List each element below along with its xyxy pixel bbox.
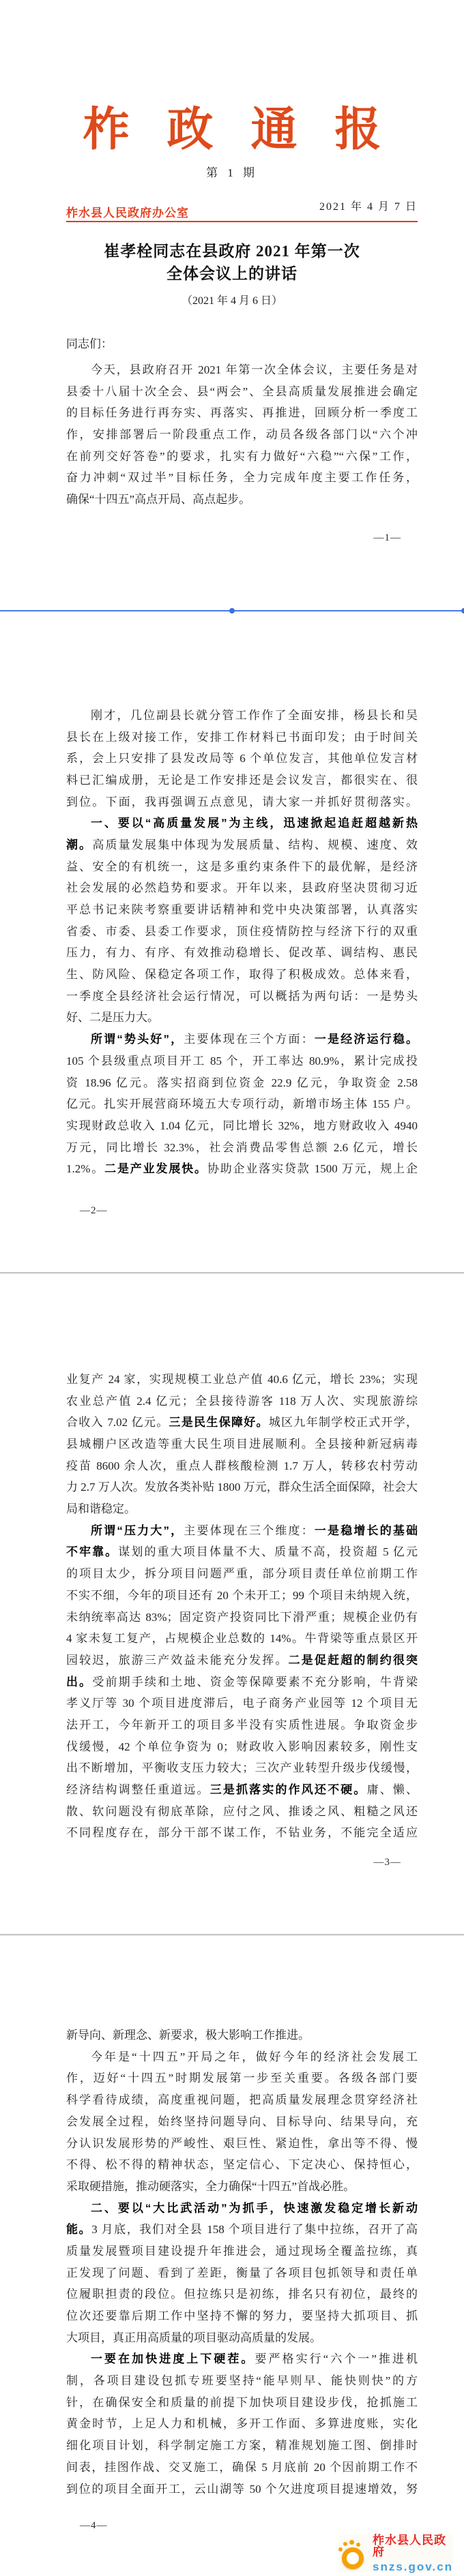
body-text: 今天，县政府召开 2021 年第一次全体会议，主要任务是对 xyxy=(91,363,418,376)
text-line: 今天，县政府召开 2021 年第一次全体会议，主要任务是对 xyxy=(66,359,418,381)
text-line: 潮。高质量发展集中体现为发展质量、结构、规模、速度、效 xyxy=(66,834,418,856)
text-line: 县城棚户区改造等重大民生项目进展顺利。全县接种新冠病毒 xyxy=(66,1434,418,1455)
text-line: 105 个县级重点项目开工 85 个，开工率达 80.9%，累计完成投 xyxy=(66,1050,418,1072)
page-1-body: 今天，县政府召开 2021 年第一次全体会议，主要任务是对县委十八届十次全会、县… xyxy=(66,359,418,511)
body-text: 出不断增加，平衡收支压力较大；三次产业转型升级步伐缓慢， xyxy=(66,1761,418,1774)
text-line: 散、软问题没有彻底革除，应付之风、推诿之风、粗糙之风还 xyxy=(66,1801,418,1823)
text-line: 奋力冲刺“双过半”目标任务，全力完成年度主要工作任务， xyxy=(66,467,418,489)
text-line: 所谓“压力大”，主要体现在三个维度：一是稳增长的基础 xyxy=(66,1520,418,1542)
emphasis-text: 一、要以“高质量发展”为主线，迅速掀起追赶超越新热 xyxy=(91,817,418,830)
text-line: 二、要以“大比武活动”为抓手，快速激发稳定增长新动 xyxy=(66,2198,418,2219)
text-line: 位次还要靠后期工作中坚持不懈的努力，要坚持大抓项目、抓 xyxy=(66,2305,418,2327)
body-text: 黄金时节，上足人力和机械，多开工作面、多算进度账，实化 xyxy=(66,2417,418,2430)
text-line: 到位的项目全面开工，云山湖等 50 个欠进度项目提速增效，努 xyxy=(66,2479,418,2500)
text-line: 省委、市委、县委工作要求，顶住疫情防控与经济下行的双重 xyxy=(66,921,418,943)
emphasis-text: 能。 xyxy=(66,2223,91,2236)
emphasis-text: 一要在加快进度上下硬茬。 xyxy=(91,2352,255,2365)
drag-handle-icon[interactable] xyxy=(229,608,235,613)
text-line: 一要在加快进度上下硬茬。要严格实行“六个一”推进机 xyxy=(66,2348,418,2370)
body-text: 不同程度存在，部分干部不谋工作，不钻业务，不能完全适应 xyxy=(66,1826,418,1839)
text-line: 4 家未复工复产，占规模企业总数的 14%。牛背梁等重点景区开 xyxy=(66,1628,418,1650)
body-text: 实现财政总收入 1.04 亿元，同比增长 32%，地方财政收入 4940 xyxy=(66,1119,418,1132)
text-line: 确保“十四五”高点开局、高点起步。 xyxy=(66,489,418,511)
emphasis-text: 二、要以“大比武活动”为抓手，快速激发稳定增长新动 xyxy=(91,2202,418,2215)
text-line: 疫苗 8600 余人次，重点人群核酸检测 1.7 万人，转移农村劳动 xyxy=(66,1455,418,1477)
text-line: 社会发展的必然趋势和要求。开年以来，县政府坚决贯彻习近 xyxy=(66,877,418,899)
body-text: 的项目太少，拆分项目问题严重，部分项目责任单位前期工作 xyxy=(66,1567,418,1580)
emphasis-text: 所谓“势头好”， xyxy=(91,1033,184,1046)
body-text: 社会发展的必然趋势和要求。开年以来，县政府坚决贯彻习近 xyxy=(66,881,418,894)
body-text: 园较迟，旅游三产效益未能充分发挥。 xyxy=(66,1654,289,1667)
text-line: 伐缓慢，42 个单位争资为 0；财政收入影响因素较多，刚性支 xyxy=(66,1736,418,1758)
text-line: 生、防风险、保稳定各项工作，取得了积极成效。总体来看， xyxy=(66,964,418,986)
body-text: 1.2%。 xyxy=(66,1162,104,1175)
body-text: 刚才，几位副县长就分管工作作了全面安排，杨县长和吴 xyxy=(91,709,418,722)
page-boundary-line xyxy=(0,1272,464,1273)
text-line: 不牢靠。谋划的重大项目体量不大、质量不高，投资超 5 亿元 xyxy=(66,1541,418,1563)
text-line: 合收入 7.02 亿元。三是民生保障好。城区九年制学校正式开学， xyxy=(66,1412,418,1434)
body-text: 系，会上只安排了县发改局等 6 个单位发言，其他单位发言材 xyxy=(66,752,418,765)
text-line: 能。3 月底，我们对全县 158 个项目进行了集中拉练，召开了高 xyxy=(66,2219,418,2241)
body-text: 庸、懒、 xyxy=(367,1783,418,1796)
body-text: 未纳统率高达 83%；固定资产投资同比下滑严重；规模企业仍有 xyxy=(66,1611,418,1624)
body-text: 4 家未复工复产，占规模企业总数的 14%。牛背梁等重点景区开 xyxy=(66,1632,418,1645)
text-line: 益、安全的有机统一，这是多重约束条件下的最优解，是经济 xyxy=(66,856,418,878)
text-line: 实现财政总收入 1.04 亿元，同比增长 32%，地方财政收入 4940 xyxy=(66,1115,418,1137)
body-text: 今年是“十四五”开局之年，做好今年的经济社会发展工 xyxy=(91,2050,418,2063)
emphasis-text: 二是产业发展快。 xyxy=(104,1162,207,1175)
text-line: 园较迟，旅游三产效益未能充分发挥。二是促赶超的制约很突 xyxy=(66,1650,418,1671)
body-text: 法开工，今年新开工的项目多半没有实质性进展。争取资金步 xyxy=(66,1718,418,1731)
body-text: 经济结构调整任重道远。 xyxy=(66,1783,210,1796)
logo-org-name: 柞水县人民政府 xyxy=(373,2534,453,2558)
body-text: 确保“十四五”高点开局、高点起步。 xyxy=(66,493,250,506)
body-text: 科学看待成绩，高度重视问题，把高质量发展理念贯穿经济社 xyxy=(66,2093,418,2106)
text-line: 县委十八届十次全会、县“两会”、全县高质量发展推进会确定 xyxy=(66,381,418,403)
text-line: 出。受前期手续和土地、资金等保障要素不充分影响，牛背梁 xyxy=(66,1671,418,1693)
body-text: 制，各项目建设包抓专班要坚持“能早则早、能快则快”的方 xyxy=(66,2374,418,2387)
text-line: 制，各项目建设包抓专班要坚持“能早则早、能快则快”的方 xyxy=(66,2370,418,2392)
emphasis-text: 三是民生保障好。 xyxy=(169,1416,269,1429)
body-text: 大项目，真正用高质量的项目驱动高质量的发展。 xyxy=(66,2331,321,2344)
body-text: 针，在确保安全和质量的前提下加快项目建设步伐，抢抓施工 xyxy=(66,2396,418,2409)
paw-icon xyxy=(340,2539,367,2569)
text-line: 作，安排部署后一阶段重点工作，动员各级各部门以“六个冲 xyxy=(66,424,418,446)
issue-date: 2021 年 4 月 7 日 xyxy=(319,198,418,213)
body-text: 105 个县级重点项目开工 85 个，开工率达 80.9%，累计完成投 xyxy=(66,1055,418,1067)
issuing-office: 柞水县人民政府办公室 xyxy=(66,203,189,220)
text-line: 一季度全县经济社会运行情况，可以概括为两句话：一是势头 xyxy=(66,986,418,1007)
body-text: 采取硬措施，推动硬落实，全力确保“十四五”首战必胜。 xyxy=(66,2180,355,2193)
page-3-body: 业复产 24 家，实现规模工业总产值 40.6 亿元，增长 23%；实现农业总产… xyxy=(66,1369,418,1844)
page-number-1: —1— xyxy=(66,530,418,546)
text-line: 的项目太少，拆分项目问题严重，部分项目责任单位前期工作 xyxy=(66,1563,418,1585)
body-text: 作，迈好“十四五”时期发展第一步至关重要。各级各部门要 xyxy=(66,2072,418,2085)
body-text: 力 2.7 万人次。发放各类补贴 1800 万元，群众生活全面保障，社会大 xyxy=(66,1481,418,1494)
scanned-bulletin-page: { "masthead": { "title": "柞政通报", "title_… xyxy=(0,0,464,2576)
text-line: 资 18.96 亿元。落实招商到位资金 22.9 亿元，争取资金 2.58 xyxy=(66,1072,418,1094)
text-line: 刚才，几位副县长就分管工作作了全面安排，杨县长和吴 xyxy=(66,705,418,727)
text-line: 出不断增加，平衡收支压力较大；三次产业转型升级步伐缓慢， xyxy=(66,1757,418,1779)
speech-date: （2021 年 4 月 6 日） xyxy=(0,293,464,309)
body-text: 到位。下面，我再强调五点意见，请大家一并抓好贯彻落实。 xyxy=(66,795,418,808)
bulletin-masthead: 柞政通报 xyxy=(0,0,464,158)
text-line: 局和谐稳定。 xyxy=(66,1498,418,1520)
page-number-2: —2— xyxy=(66,1202,418,1219)
page-2-body: 刚才，几位副县长就分管工作作了全面安排，杨县长和吴县长在上级对接工作，安排工作材… xyxy=(66,705,418,1180)
emphasis-text: 一是经济运行稳。 xyxy=(315,1033,418,1046)
body-text: 新导向、新理念、新要求，极大影响工作推进。 xyxy=(66,2029,310,2042)
body-text: 会发展全过程，始终坚持问题导向、目标导向、结果导向，充 xyxy=(66,2115,418,2128)
article-title: 崔孝栓同志在县政府 2021 年第一次 全体会议上的讲话 xyxy=(0,240,464,285)
text-line: 位履职担责的段位。但拉练只是初练，排名只有初位，最终的 xyxy=(66,2284,418,2305)
body-text: 不得、松不得的精神状态，坚定信心、下定决心、保持恒心， xyxy=(66,2158,418,2171)
text-line: 所谓“势头好”，主要体现在三个方面：一是经济运行稳。 xyxy=(66,1029,418,1050)
text-line: 亿元。扎实开展营商环境五大专项行动，新增市场主体 155 户。 xyxy=(66,1093,418,1115)
emphasis-text: 不牢靠。 xyxy=(66,1545,118,1558)
body-text: 细化项目计划，科学制定施工方案，精准规划施工图、倒排时 xyxy=(66,2439,418,2452)
text-line: 质量发展暨项目建设提升年推进会，通过现场全覆盖拉练，真 xyxy=(66,2241,418,2262)
text-line: 黄金时节，上足人力和机械，多开工作面、多算进度账，实化 xyxy=(66,2413,418,2435)
body-text: 料已汇编成册，无论是工作安排还是会议发言，都很实在、很 xyxy=(66,774,418,787)
page-4-body: 新导向、新理念、新要求，极大影响工作推进。今年是“十四五”开局之年，做好今年的经… xyxy=(66,2025,418,2500)
body-text: 奋力冲刺“双过半”目标任务，全力完成年度主要工作任务， xyxy=(66,471,418,484)
text-line: 好、二是压力大。 xyxy=(66,1007,418,1029)
text-line: 不同程度存在，部分干部不谋工作，不钻业务，不能完全适应 xyxy=(66,1822,418,1844)
body-text: 位履职担责的段位。但拉练只是初练，排名只有初位，最终的 xyxy=(66,2288,418,2301)
text-line: 作，迈好“十四五”时期发展第一步至关重要。各级各部门要 xyxy=(66,2067,418,2089)
body-text: 到位的项目全面开工，云山湖等 50 个欠进度项目提速增效，努 xyxy=(66,2483,418,2496)
text-line: 细化项目计划，科学制定施工方案，精准规划施工图、倒排时 xyxy=(66,2435,418,2457)
body-text: 在前列交好答卷”的要求，扎实有力做好“六稳”“六保”工作， xyxy=(66,450,418,463)
text-line: 力 2.7 万人次。发放各类补贴 1800 万元，群众生活全面保障，社会大 xyxy=(66,1476,418,1498)
text-line: 一、要以“高质量发展”为主线，迅速掀起追赶超越新热 xyxy=(66,813,418,834)
article-title-line2: 全体会议上的讲话 xyxy=(0,262,464,285)
emphasis-text: 潮。 xyxy=(66,838,92,851)
body-text: 县委十八届十次全会、县“两会”、全县高质量发展推进会确定 xyxy=(66,385,418,398)
body-text: 平总书记来陕考察重要讲话精神和党中央决策部署，认真落实 xyxy=(66,903,418,916)
text-line: 平总书记来陕考察重要讲话精神和党中央决策部署，认真落实 xyxy=(66,899,418,921)
text-line: 压力，有力、有序、有效推动稳增长、促改革、调结构、惠民 xyxy=(66,942,418,964)
text-line: 采取硬措施，推动硬落实，全力确保“十四五”首战必胜。 xyxy=(66,2176,418,2198)
text-line: 料已汇编成册，无论是工作安排还是会议发言，都很实在、很 xyxy=(66,770,418,791)
text-line: 科学看待成绩，高度重视问题，把高质量发展理念贯穿经济社 xyxy=(66,2089,418,2111)
body-text: 伐缓慢，42 个单位争资为 0；财政收入影响因素较多，刚性支 xyxy=(66,1740,418,1753)
text-line: 不实不细，今年的项目还有 20 个未开工；99 个项目未纳规入统， xyxy=(66,1585,418,1607)
logo-text: 柞水县人民政府 snzs.gov.cn xyxy=(373,2534,453,2573)
text-line: 的目标任务进行再夯实、再落实、再推进，回顾分析一季度工 xyxy=(66,402,418,424)
body-text: 疫苗 8600 余人次，重点人群核酸检测 1.7 万人，转移农村劳动 xyxy=(66,1459,418,1472)
body-text: 万元，同比增长 32.3%，社会消费品零售总额 2.6 亿元，增长 xyxy=(66,1141,418,1154)
text-line: 今年是“十四五”开局之年，做好今年的经济社会发展工 xyxy=(66,2046,418,2068)
salutation: 同志们： xyxy=(66,334,464,354)
text-line: 针，在确保安全和质量的前提下加快项目建设步伐，抢抓施工 xyxy=(66,2392,418,2414)
body-text: 亿元。扎实开展营商环境五大专项行动，新增市场主体 155 户。 xyxy=(66,1097,418,1110)
body-text: 受前期手续和土地、资金等保障要素不充分影响，牛背梁 xyxy=(92,1676,418,1688)
body-text: 高质量发展集中体现为发展质量、结构、规模、速度、效 xyxy=(92,838,418,851)
text-line: 系，会上只安排了县发改局等 6 个单位发言，其他单位发言材 xyxy=(66,748,418,770)
text-line: 间表，挂图作战、交叉施工，确保 5 月底前 20 个因前期工作不 xyxy=(66,2457,418,2479)
body-text: 协助企业落实贷款 1500 万元，规上企 xyxy=(207,1162,418,1175)
text-line: 孝义厅等 30 个项目进度滞后，电子商务产业园等 12 个项目无 xyxy=(66,1693,418,1714)
body-text: 位次还要靠后期工作中坚持不懈的努力，要坚持大抓项目、抓 xyxy=(66,2309,418,2322)
text-line: 业复产 24 家，实现规模工业总产值 40.6 亿元，增长 23%；实现 xyxy=(66,1369,418,1391)
body-text: 县城棚户区改造等重大民生项目进展顺利。全县接种新冠病毒 xyxy=(66,1438,418,1451)
body-text: 益、安全的有机统一，这是多重约束条件下的最优解，是经济 xyxy=(66,860,418,873)
text-line: 1.2%。二是产业发展快。协助企业落实贷款 1500 万元，规上企 xyxy=(66,1158,418,1180)
body-text: 生、防风险、保稳定各项工作，取得了积极成效。总体来看， xyxy=(66,968,418,981)
text-line: 在前列交好答卷”的要求，扎实有力做好“六稳”“六保”工作， xyxy=(66,446,418,468)
body-text: 资 18.96 亿元。落实招商到位资金 22.9 亿元，争取资金 2.58 xyxy=(66,1076,418,1089)
body-text: 城区九年制学校正式开学， xyxy=(269,1416,418,1429)
body-text: 间表，挂图作战、交叉施工，确保 5 月底前 20 个因前期工作不 xyxy=(66,2461,418,2474)
body-text: 业复产 24 家，实现规模工业总产值 40.6 亿元，增长 23%；实现 xyxy=(66,1373,418,1386)
text-line: 正发现了问题、看到了差距，衡量了各项目包抓领导和责任单 xyxy=(66,2262,418,2284)
text-line: 大项目，真正用高质量的项目驱动高质量的发展。 xyxy=(66,2327,418,2349)
body-text: 要严格实行“六个一”推进机 xyxy=(255,2352,418,2365)
body-text: 质量发展暨项目建设提升年推进会，通过现场全覆盖拉练，真 xyxy=(66,2245,418,2258)
body-text: 正发现了问题、看到了差距，衡量了各项目包抓领导和责任单 xyxy=(66,2267,418,2279)
text-line: 农业总产值 2.4 亿元；全县接待游客 118 万人次、实现旅游综 xyxy=(66,1391,418,1412)
page-boundary-line xyxy=(0,1934,464,1935)
bulletin-title: 柞政通报 xyxy=(0,101,464,158)
body-text: 好、二是压力大。 xyxy=(66,1011,159,1024)
masthead-rule: 柞水县人民政府办公室 2021 年 4 月 7 日 xyxy=(66,199,418,222)
page-break-divider[interactable] xyxy=(0,610,464,611)
body-text: 不实不细，今年的项目还有 20 个未开工；99 个项目未纳规入统， xyxy=(66,1589,418,1602)
government-site-logo: 柞水县人民政府 snzs.gov.cn xyxy=(338,2534,453,2573)
emphasis-text: 一是稳增长的基础 xyxy=(315,1524,418,1537)
emphasis-text: 二是促赶超的制约很突 xyxy=(289,1654,418,1667)
logo-site-url: snzs.gov.cn xyxy=(373,2561,453,2573)
body-text: 谋划的重大项目体量不大、质量不高，投资超 5 亿元 xyxy=(118,1545,418,1558)
text-line: 未纳统率高达 83%；固定资产投资同比下滑严重；规模企业仍有 xyxy=(66,1607,418,1628)
body-text: 主要体现在三个方面： xyxy=(184,1033,315,1046)
text-line: 新导向、新理念、新要求，极大影响工作推进。 xyxy=(66,2025,418,2046)
body-text: 的目标任务进行再夯实、再落实、再推进，回顾分析一季度工 xyxy=(66,406,418,419)
body-text: 3 月底，我们对全县 158 个项目进行了集中拉练，召开了高 xyxy=(91,2223,418,2236)
text-line: 县长在上级对接工作，安排工作材料已书面印发；由于时间关 xyxy=(66,727,418,748)
text-line: 到位。下面，我再强调五点意见，请大家一并抓好贯彻落实。 xyxy=(66,791,418,813)
page-number-3: —3— xyxy=(66,1854,418,1870)
body-text: 一季度全县经济社会运行情况，可以概括为两句话：一是势头 xyxy=(66,990,418,1003)
drag-handle-icon[interactable] xyxy=(461,608,464,613)
body-text: 压力，有力、有序、有效推动稳增长、促改革、调结构、惠民 xyxy=(66,946,418,959)
text-line: 分认识发展形势的严峻性、艰巨性、紧迫性，拿出等不得、慢 xyxy=(66,2133,418,2155)
page-number-4: —4— xyxy=(66,2517,418,2534)
text-line: 万元，同比增长 32.3%，社会消费品零售总额 2.6 亿元，增长 xyxy=(66,1137,418,1159)
issue-number: 第 1 期 xyxy=(0,165,464,181)
text-line: 法开工，今年新开工的项目多半没有实质性进展。争取资金步 xyxy=(66,1714,418,1736)
emphasis-text: 所谓“压力大”， xyxy=(91,1524,184,1537)
emphasis-text: 三是抓落实的作风还不硬。 xyxy=(210,1783,367,1796)
body-text: 局和谐稳定。 xyxy=(66,1502,136,1515)
article-title-line1: 崔孝栓同志在县政府 2021 年第一次 xyxy=(0,240,464,262)
body-text: 合收入 7.02 亿元。 xyxy=(66,1416,169,1429)
text-line: 会发展全过程，始终坚持问题导向、目标导向、结果导向，充 xyxy=(66,2111,418,2133)
emphasis-text: 出。 xyxy=(66,1676,92,1688)
body-text: 作，安排部署后一阶段重点工作，动员各级各部门以“六个冲 xyxy=(66,428,418,441)
body-text: 分认识发展形势的严峻性、艰巨性、紧迫性，拿出等不得、慢 xyxy=(66,2137,418,2150)
text-line: 经济结构调整任重道远。三是抓落实的作风还不硬。庸、懒、 xyxy=(66,1779,418,1801)
body-text: 县长在上级对接工作，安排工作材料已书面印发；由于时间关 xyxy=(66,731,418,744)
body-text: 省委、市委、县委工作要求，顶住疫情防控与经济下行的双重 xyxy=(66,925,418,938)
body-text: 主要体现在三个维度： xyxy=(184,1524,315,1537)
text-line: 不得、松不得的精神状态，坚定信心、下定决心、保持恒心， xyxy=(66,2154,418,2176)
body-text: 孝义厅等 30 个项目进度滞后，电子商务产业园等 12 个项目无 xyxy=(66,1697,418,1710)
body-text: 散、软问题没有彻底革除，应付之风、推诿之风、粗糙之风还 xyxy=(66,1805,418,1818)
body-text: 农业总产值 2.4 亿元；全县接待游客 118 万人次、实现旅游综 xyxy=(66,1395,418,1408)
